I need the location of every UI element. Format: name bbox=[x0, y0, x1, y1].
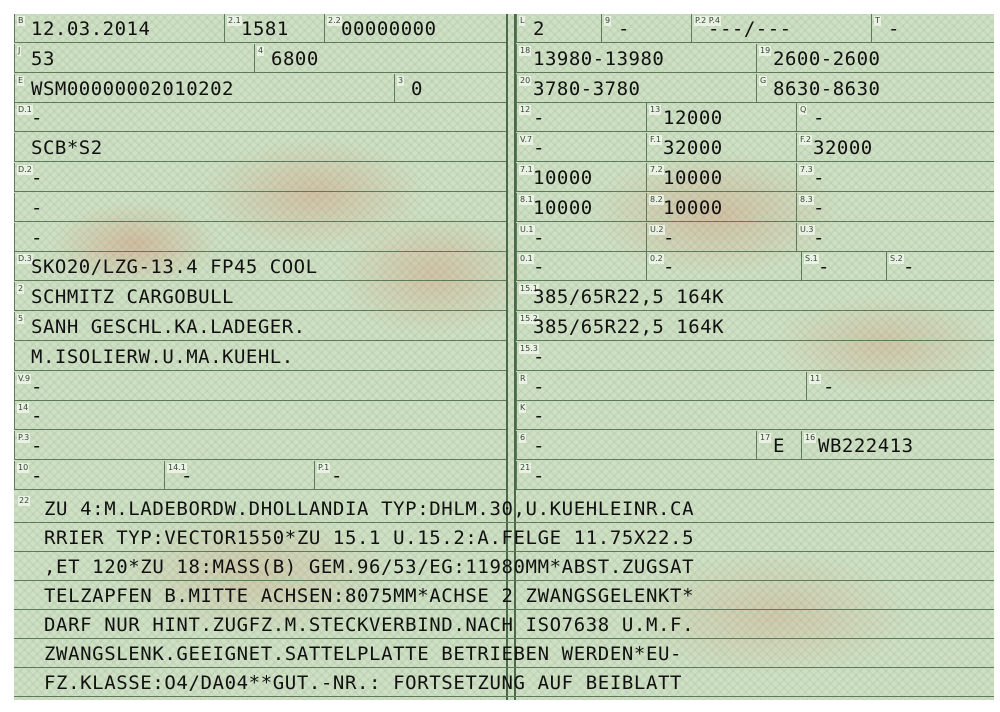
field-value: WSM00000002010202 bbox=[31, 78, 234, 100]
field-code-label: 0.1 bbox=[519, 254, 534, 264]
left-row: V.9- bbox=[14, 372, 506, 401]
left-field: M.ISOLIERW.U.MA.KUEHL. bbox=[14, 342, 507, 370]
field-code-label: V.7 bbox=[519, 135, 533, 145]
left-field: D.2- bbox=[14, 163, 507, 191]
left-field: 2.11581 bbox=[224, 14, 325, 42]
right-row: 15.2385/65R22,5 164K bbox=[516, 312, 994, 341]
field-value: - bbox=[533, 227, 545, 249]
remarks-line: ,ET 120*ZU 18:MASS(B) GEM.96/53/EG:11980… bbox=[44, 556, 694, 578]
right-field: 1813980-13980 bbox=[516, 44, 757, 72]
left-field: 30 bbox=[394, 74, 507, 102]
field-value: 00000000 bbox=[341, 18, 437, 40]
right-row: 12-1312000Q- bbox=[516, 103, 994, 132]
field-value: - bbox=[31, 435, 43, 457]
field-value: SKO20/LZG-13.4 FP45 COOL bbox=[31, 256, 318, 278]
field-value: 12.03.2014 bbox=[31, 18, 150, 40]
field-value: 3780-3780 bbox=[533, 78, 640, 100]
left-column: B12.03.20142.115812.200000000J5346800EWS… bbox=[14, 14, 506, 492]
field-value: 10000 bbox=[663, 197, 723, 219]
right-field: 0.2- bbox=[646, 252, 802, 280]
field-value: WB222413 bbox=[818, 435, 914, 457]
field-value: - bbox=[618, 18, 630, 40]
left-field: J53 bbox=[14, 44, 255, 72]
right-field: 15.3- bbox=[516, 342, 995, 370]
field-code-label: 14 bbox=[17, 403, 29, 413]
field-code-label: 7.3 bbox=[799, 165, 814, 175]
field-value: - bbox=[31, 107, 43, 129]
left-field: 2.200000000 bbox=[324, 14, 507, 42]
right-field: S.2- bbox=[886, 252, 995, 280]
left-field: P.3- bbox=[14, 431, 507, 459]
left-field: V.9- bbox=[14, 372, 507, 400]
right-field: F.232000 bbox=[796, 133, 995, 161]
right-field: 16WB222413 bbox=[801, 431, 995, 459]
field-code-label: 6 bbox=[519, 433, 526, 443]
right-field: P.2 P.4---/--- bbox=[691, 14, 872, 42]
right-row: 15.3- bbox=[516, 342, 994, 371]
right-field: 0.1- bbox=[516, 252, 647, 280]
field-value: - bbox=[663, 256, 675, 278]
field-value: SCHMITZ CARGOBULL bbox=[31, 286, 234, 308]
right-row: 8.1100008.2100008.3- bbox=[516, 193, 994, 222]
left-row: SCB*S2 bbox=[14, 133, 506, 162]
field-code-label: 9 bbox=[604, 16, 611, 26]
field-code-label: P.1 bbox=[317, 463, 330, 473]
remarks-line: TELZAPFEN B.MITTE ACHSEN:8075MM*ACHSE 2 … bbox=[44, 585, 694, 607]
left-row: - bbox=[14, 193, 506, 222]
field-value: 32000 bbox=[663, 137, 723, 159]
remarks-rule bbox=[14, 580, 994, 581]
field-value: - bbox=[533, 137, 545, 159]
left-row: 2SCHMITZ CARGOBULL bbox=[14, 282, 506, 311]
field-value: - bbox=[533, 405, 545, 427]
right-row: 0.1-0.2-S.1-S.2- bbox=[516, 252, 994, 281]
field-value: - bbox=[31, 197, 43, 219]
right-field: 17E bbox=[756, 431, 802, 459]
right-field: 15.1385/65R22,5 164K bbox=[516, 282, 995, 310]
right-field: F.132000 bbox=[646, 133, 797, 161]
field-value: - bbox=[813, 227, 825, 249]
field-code-label: 12 bbox=[519, 105, 531, 115]
field-value: - bbox=[813, 197, 825, 219]
field-value: 2 bbox=[533, 18, 545, 40]
field-code-label: 0.2 bbox=[649, 254, 664, 264]
field-code-label: 7.2 bbox=[649, 165, 664, 175]
right-field: 7.3- bbox=[796, 163, 995, 191]
field-code-label: S.2 bbox=[889, 254, 904, 264]
field-code-label: Q bbox=[799, 105, 807, 115]
field-value: - bbox=[888, 18, 900, 40]
left-row: D.2- bbox=[14, 163, 506, 192]
field-code-label: 11 bbox=[809, 374, 821, 384]
right-field: L2 bbox=[516, 14, 602, 42]
field-code-label: 8.2 bbox=[649, 195, 664, 205]
remarks-rule bbox=[14, 638, 994, 639]
field-value: SANH GESCHL.KA.LADEGER. bbox=[31, 316, 306, 338]
field-code-label: 18 bbox=[519, 46, 531, 56]
right-row: U.1-U.2-U.3- bbox=[516, 223, 994, 252]
field-code-label: K bbox=[519, 403, 526, 413]
field-value: M.ISOLIERW.U.MA.KUEHL. bbox=[31, 346, 294, 368]
left-row: D.3SKO20/LZG-13.4 FP45 COOL bbox=[14, 252, 506, 281]
field-value: 0 bbox=[411, 78, 423, 100]
field-code-label: 21 bbox=[519, 463, 531, 473]
right-field: 9- bbox=[601, 14, 692, 42]
field-code-label: 10 bbox=[17, 463, 29, 473]
field-value: - bbox=[31, 376, 43, 398]
right-field: R- bbox=[516, 372, 807, 400]
field-code-label: T bbox=[874, 16, 881, 26]
field-code-label: R bbox=[519, 374, 527, 384]
field-code-label: 7.1 bbox=[519, 165, 534, 175]
left-row: 10-14.1-P.1- bbox=[14, 461, 506, 490]
field-code-label: 8.3 bbox=[799, 195, 814, 205]
field-value: 385/65R22,5 164K bbox=[533, 286, 724, 308]
remarks-rule bbox=[14, 667, 994, 668]
field-value: - bbox=[533, 465, 545, 487]
field-code-label: 4 bbox=[257, 46, 264, 56]
field-code-label: S.1 bbox=[804, 254, 819, 264]
remarks-line: FZ.KLASSE:O4/DA04**GUT.-NR.: FORTSETZUNG… bbox=[44, 672, 682, 694]
right-field: K- bbox=[516, 401, 995, 429]
field-value: - bbox=[31, 227, 43, 249]
right-row: 203780-3780G8630-8630 bbox=[516, 74, 994, 103]
right-field: 15.2385/65R22,5 164K bbox=[516, 312, 995, 340]
field-value: E bbox=[773, 435, 785, 457]
right-field: T- bbox=[871, 14, 995, 42]
field-value: - bbox=[533, 256, 545, 278]
left-field: - bbox=[14, 193, 507, 221]
field-value: 10000 bbox=[663, 167, 723, 189]
field-code-label: B bbox=[17, 16, 25, 26]
remarks-line: ZWANGSLENK.GEEIGNET.SATTELPLATTE BETRIEB… bbox=[44, 643, 682, 665]
left-field: B12.03.2014 bbox=[14, 14, 225, 42]
right-field: G8630-8630 bbox=[756, 74, 995, 102]
right-field: 203780-3780 bbox=[516, 74, 757, 102]
field-code-label: 17 bbox=[759, 433, 771, 443]
field-value: 13980-13980 bbox=[533, 48, 664, 70]
right-field: V.7- bbox=[516, 133, 647, 161]
left-field: D.1- bbox=[14, 103, 507, 131]
right-field: U.2- bbox=[646, 223, 797, 251]
field-value: - bbox=[533, 107, 545, 129]
field-value: 2600-2600 bbox=[773, 48, 880, 70]
right-row: R-11- bbox=[516, 372, 994, 401]
remarks-rule bbox=[14, 696, 994, 697]
left-field: 46800 bbox=[254, 44, 507, 72]
right-row: 6-17E16WB222413 bbox=[516, 431, 994, 460]
left-row: 5SANH GESCHL.KA.LADEGER. bbox=[14, 312, 506, 341]
left-field: 14.1- bbox=[164, 461, 315, 489]
field-code-label: 8.1 bbox=[519, 195, 534, 205]
field-value: - bbox=[533, 376, 545, 398]
field-value: 53 bbox=[31, 48, 55, 70]
right-column: L29-P.2 P.4---/---T-1813980-13980192600-… bbox=[516, 14, 994, 492]
field-value: ---/--- bbox=[708, 18, 792, 40]
field-code-label: 2 bbox=[17, 284, 24, 294]
field-code-label: 5 bbox=[17, 314, 24, 324]
remarks-line: DARF NUR HINT.ZUGFZ.M.STECKVERBIND.NACH … bbox=[44, 614, 694, 636]
field-code-label: E bbox=[17, 76, 24, 86]
field-code-label: 16 bbox=[804, 433, 816, 443]
field-value: - bbox=[813, 107, 825, 129]
remarks-section: 22 ZU 4:M.LADEBORDW.DHOLLANDIA TYP:DHLM.… bbox=[14, 492, 994, 700]
field-value: - bbox=[813, 167, 825, 189]
left-row: D.1- bbox=[14, 103, 506, 132]
right-field: 8.210000 bbox=[646, 193, 797, 221]
left-field: 5SANH GESCHL.KA.LADEGER. bbox=[14, 312, 507, 340]
field-code-label: J bbox=[17, 46, 21, 56]
field-value: - bbox=[181, 465, 193, 487]
remarks-line: ZU 4:M.LADEBORDW.DHOLLANDIA TYP:DHLM.30,… bbox=[44, 498, 694, 520]
right-row: L29-P.2 P.4---/---T- bbox=[516, 14, 994, 43]
field-value: - bbox=[31, 405, 43, 427]
right-field: Q- bbox=[796, 103, 995, 131]
remarks-rule bbox=[14, 551, 994, 552]
field-code-label: V.9 bbox=[17, 374, 31, 384]
right-row: 7.1100007.2100007.3- bbox=[516, 163, 994, 192]
field-value: - bbox=[823, 376, 835, 398]
left-row: 14- bbox=[14, 401, 506, 430]
left-row: P.3- bbox=[14, 431, 506, 460]
field-code-label: 13 bbox=[649, 105, 661, 115]
left-row: M.ISOLIERW.U.MA.KUEHL. bbox=[14, 342, 506, 371]
field-code-label: 3 bbox=[397, 76, 404, 86]
right-field: 192600-2600 bbox=[756, 44, 995, 72]
field-value: - bbox=[533, 346, 545, 368]
field-value: - bbox=[533, 435, 545, 457]
left-row: - bbox=[14, 223, 506, 252]
left-field: SCB*S2 bbox=[14, 133, 507, 161]
left-row: J5346800 bbox=[14, 44, 506, 73]
field-value: - bbox=[31, 167, 43, 189]
remarks-label: 22 bbox=[18, 496, 30, 506]
right-row: 21- bbox=[516, 461, 994, 490]
registration-document: B12.03.20142.115812.200000000J5346800EWS… bbox=[14, 14, 994, 700]
left-field: D.3SKO20/LZG-13.4 FP45 COOL bbox=[14, 252, 507, 280]
field-code-label: F.2 bbox=[799, 135, 812, 145]
field-value: 6800 bbox=[271, 48, 319, 70]
left-field: - bbox=[14, 223, 507, 251]
right-field: U.1- bbox=[516, 223, 647, 251]
right-row: V.7-F.132000F.232000 bbox=[516, 133, 994, 162]
right-row: 1813980-13980192600-2600 bbox=[516, 44, 994, 73]
field-value: - bbox=[663, 227, 675, 249]
field-value: 10000 bbox=[533, 167, 593, 189]
right-field: 6- bbox=[516, 431, 757, 459]
right-field: 21- bbox=[516, 461, 995, 489]
field-value: - bbox=[331, 465, 343, 487]
right-field: U.3- bbox=[796, 223, 995, 251]
right-field: S.1- bbox=[801, 252, 887, 280]
field-code-label: 19 bbox=[759, 46, 771, 56]
remarks-rule bbox=[14, 609, 994, 610]
right-field: 12- bbox=[516, 103, 647, 131]
field-value: 12000 bbox=[663, 107, 723, 129]
field-value: - bbox=[31, 465, 43, 487]
field-value: 385/65R22,5 164K bbox=[533, 316, 724, 338]
field-value: - bbox=[818, 256, 830, 278]
right-row: 15.1385/65R22,5 164K bbox=[516, 282, 994, 311]
field-value: - bbox=[903, 256, 915, 278]
field-value: 10000 bbox=[533, 197, 593, 219]
field-value: 8630-8630 bbox=[773, 78, 880, 100]
left-field: EWSM00000002010202 bbox=[14, 74, 395, 102]
left-field: 2SCHMITZ CARGOBULL bbox=[14, 282, 507, 310]
left-field: 10- bbox=[14, 461, 165, 489]
right-field: 11- bbox=[806, 372, 995, 400]
left-row: EWSM0000000201020230 bbox=[14, 74, 506, 103]
field-code-label: 2.1 bbox=[227, 16, 242, 26]
field-code-label: 20 bbox=[519, 76, 531, 86]
left-field: 14- bbox=[14, 401, 507, 429]
field-value: 32000 bbox=[813, 137, 873, 159]
left-field: P.1- bbox=[314, 461, 507, 489]
right-field: 8.3- bbox=[796, 193, 995, 221]
field-code-label: P.3 bbox=[17, 433, 30, 443]
right-field: 8.110000 bbox=[516, 193, 647, 221]
left-row: B12.03.20142.115812.200000000 bbox=[14, 14, 506, 43]
field-code-label: F.1 bbox=[649, 135, 662, 145]
field-code-label: G bbox=[759, 76, 767, 86]
remarks-rule bbox=[14, 522, 994, 523]
remarks-line: RRIER TYP:VECTOR1550*ZU 15.1 U.15.2:A.FE… bbox=[44, 527, 694, 549]
field-value: 1581 bbox=[241, 18, 289, 40]
right-row: K- bbox=[516, 401, 994, 430]
right-field: 1312000 bbox=[646, 103, 797, 131]
right-field: 7.110000 bbox=[516, 163, 647, 191]
field-value: SCB*S2 bbox=[31, 137, 103, 159]
right-field: 7.210000 bbox=[646, 163, 797, 191]
field-code-label: 2.2 bbox=[327, 16, 342, 26]
field-code-label: L bbox=[519, 16, 525, 26]
